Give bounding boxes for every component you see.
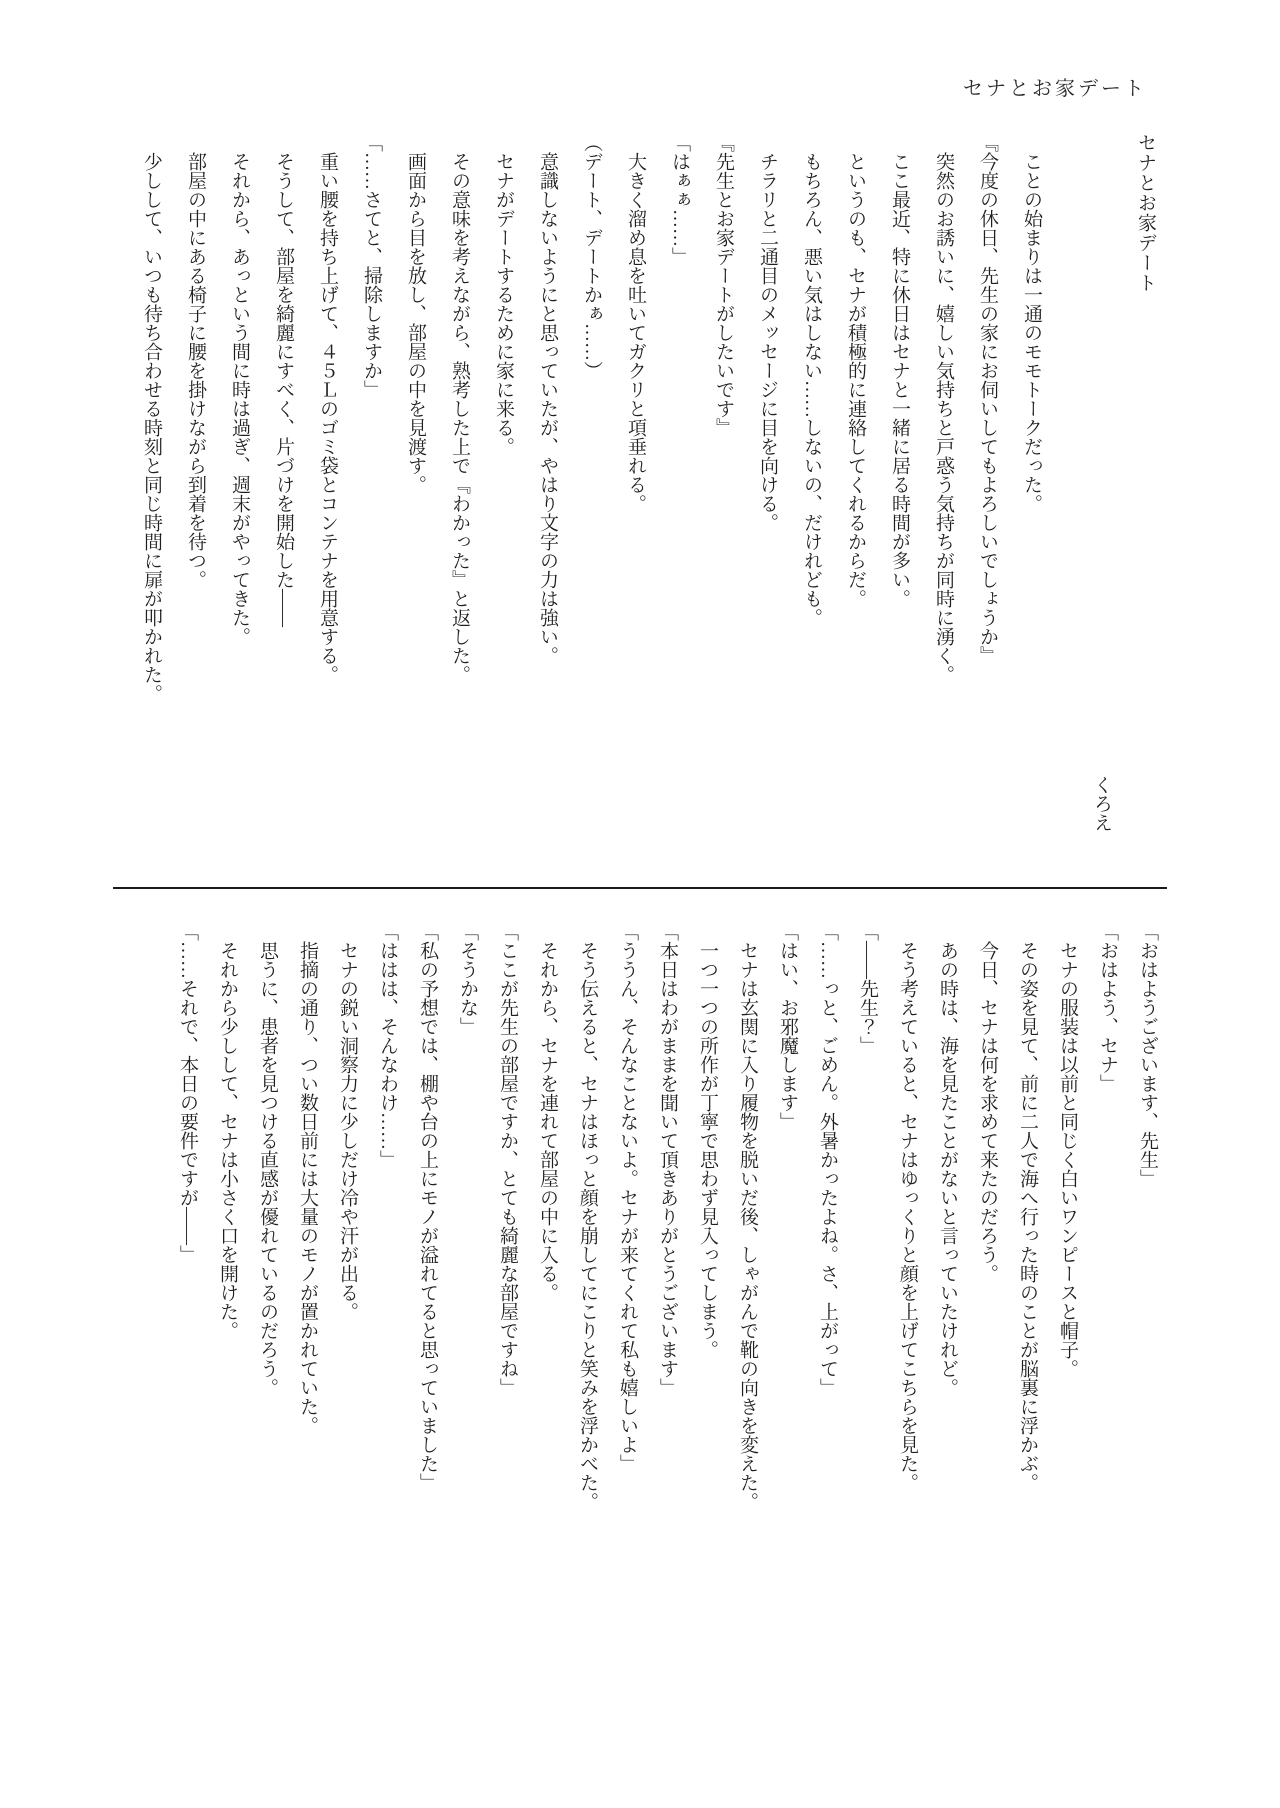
text-line: その意味を考えながら、熟考した上で『わかった』と返した。 [437,133,481,875]
text-line: 指摘の通り、つい数日前には大量のモノが置かれていた。 [287,922,327,1562]
text-line: 「……っと、ごめん。外暑かったよね。さ、上がって」 [807,922,847,1562]
section-opening: セナとお家デート くろえ ことの始まりは一通のモモトークだった。『今度の休日、先… [113,133,1167,875]
text-line: 『先生とお家デートがしたいです』 [701,133,745,875]
text-line: 「ううん、そんなことないよ。セナが来てくれて私も嬉しいよ」 [607,922,647,1562]
text-line: というのも、セナが積極的に連絡してくれるからだ。 [833,133,877,875]
text-line: 「私の予想では、棚や台の上にモノが溢れてると思っていました」 [407,922,447,1562]
text-line: あの時は、海を見たことがないと言っていたけれど。 [927,922,967,1562]
text-line: 画面から目を放し、部屋の中を見渡す。 [393,133,437,875]
text-line: 部屋の中にある椅子に腰を掛けながら到着を待つ。 [173,133,217,875]
text-line: もちろん、悪い気はしない……しないの、だけれども。 [789,133,833,875]
story-title: セナとお家デート [1123,133,1167,875]
text-line: 「そうかな」 [447,922,487,1562]
text-line: セナの服装は以前と同じく白いワンピースと帽子。 [1047,922,1087,1562]
text-line: セナがデートするために家に来る。 [481,133,525,875]
text-line: そうして、部屋を綺麗にすべく、片づけを開始した—— [261,133,305,875]
text-line: ことの始まりは一通のモモトークだった。 [1009,133,1053,875]
text-line: その姿を見て、前に二人で海へ行った時のことが脳裏に浮かぶ。 [1007,922,1047,1562]
text-line: 「おはようございます、先生」 [1127,922,1167,1562]
section-divider [113,887,1167,889]
text-line: 「ここが先生の部屋ですか、とても綺麗な部屋ですね」 [487,922,527,1562]
text-line: 「はい、お邪魔します」 [767,922,807,1562]
text-line: チラリと二通目のメッセージに目を向ける。 [745,133,789,875]
text-line: 思うに、患者を見つける直感が優れているのだろう。 [247,922,287,1562]
page-header: セナとお家デート [963,72,1147,101]
text-line: （デート、デートかぁ……） [569,133,613,875]
text-line: 「……さてと、掃除しますか」 [349,133,393,875]
story-author: くろえ [1079,133,1123,875]
text-line: 「本日はわがままを聞いて頂きありがとうございます」 [647,922,687,1562]
text-line: 少しして、いつも待ち合わせる時刻と同じ時間に扉が叩かれた。 [129,133,173,875]
text-line: 大きく溜め息を吐いてガクリと項垂れる。 [613,133,657,875]
text-line: そう伝えると、セナはほっと顔を崩してにこりと笑みを浮かべた。 [567,922,607,1562]
text-line: 一つ一つの所作が丁寧で思わず見入ってしまう。 [687,922,727,1562]
text-line: それから少しして、セナは小さく口を開けた。 [207,922,247,1562]
page-content: セナとお家デート くろえ ことの始まりは一通のモモトークだった。『今度の休日、先… [113,133,1167,1562]
section-visit: 「おはようございます、先生」「おはよう、セナ」 セナの服装は以前と同じく白いワン… [113,922,1167,1562]
text-line: ここ最近、特に休日はセナと一緒に居る時間が多い。 [877,133,921,875]
text-line: 重い腰を持ち上げて、４５Ｌのゴミ袋とコンテナを用意する。 [305,133,349,875]
document-page: セナとお家デート セナとお家デート くろえ ことの始まりは一通のモモトークだった… [0,0,1280,1808]
text-line: 「おはよう、セナ」 [1087,922,1127,1562]
text-line: そう考えていると、セナはゆっくりと顔を上げてこちらを見た。 [887,922,927,1562]
text-line: 『今度の休日、先生の家にお伺いしてもよろしいでしょうか』 [965,133,1009,875]
text-line: セナは玄関に入り履物を脱いだ後、しゃがんで靴の向きを変えた。 [727,922,767,1562]
text-line: それから、あっという間に時は過ぎ、週末がやってきた。 [217,133,261,875]
text-line: 「ははは、そんなわけ……」 [367,922,407,1562]
text-line: 突然のお誘いに、嬉しい気持ちと戸惑う気持ちが同時に湧く。 [921,133,965,875]
text-line: それから、セナを連れて部屋の中に入る。 [527,922,567,1562]
text-line: 今日、セナは何を求めて来たのだろう。 [967,922,1007,1562]
text-line: 「はぁぁ……」 [657,133,701,875]
text-line: 意識しないようにと思っていたが、やはり文字の力は強い。 [525,133,569,875]
text-line: セナの鋭い洞察力に少しだけ冷や汗が出る。 [327,922,367,1562]
text-line: 「——先生？」 [847,922,887,1562]
text-line: 「……それで、本日の要件ですが——」 [167,922,207,1562]
